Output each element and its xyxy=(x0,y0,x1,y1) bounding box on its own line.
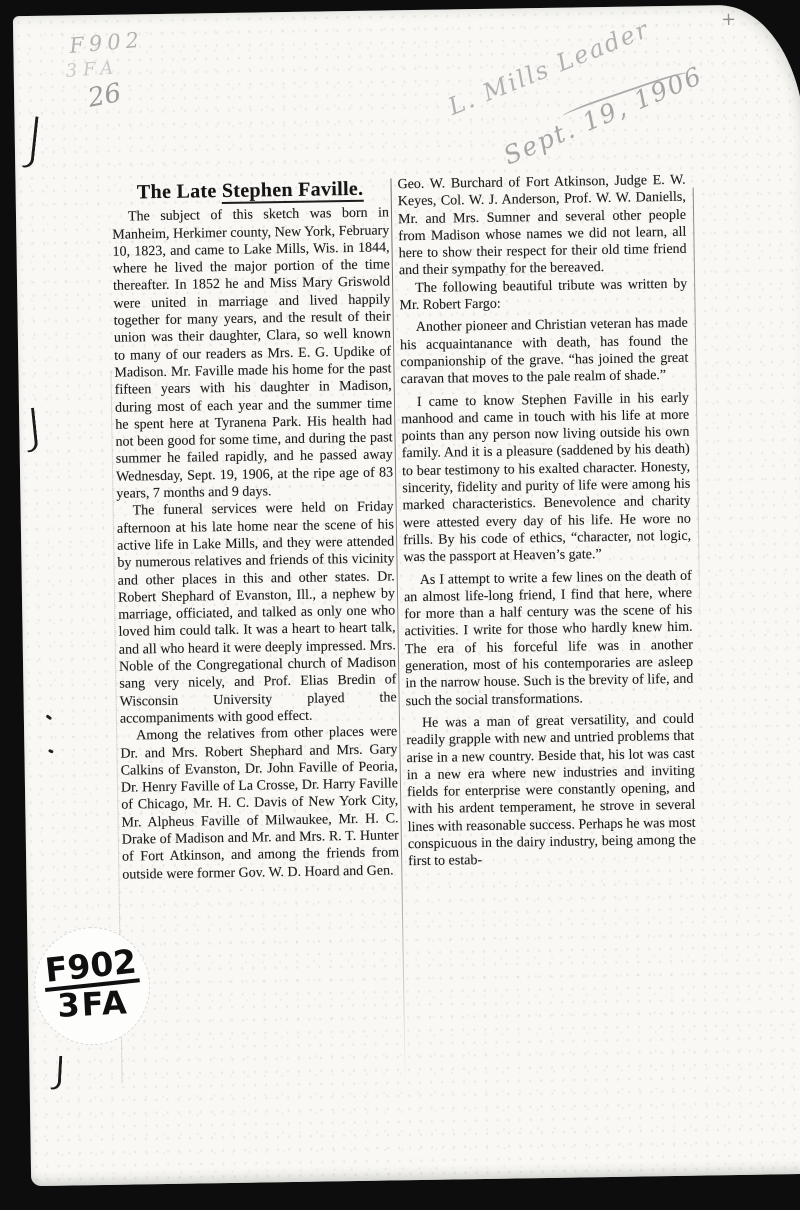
headline-prefix: The Late xyxy=(137,180,222,203)
paragraph: The subject of this sketch was born in M… xyxy=(112,205,394,503)
paragraph: The funeral services were held on Friday… xyxy=(117,499,397,728)
ink-dot-mark xyxy=(48,749,54,754)
paragraph: Geo. W. Burchard of Fort Atkinson, Judge… xyxy=(397,172,687,280)
article-right-column: Geo. W. Burchard of Fort Atkinson, Judge… xyxy=(397,172,696,871)
ink-margin-mark xyxy=(22,116,38,169)
right-column-edge-rule xyxy=(693,188,701,628)
pencil-code-line3: 26 xyxy=(86,78,124,114)
ink-dot-mark xyxy=(46,714,53,720)
paragraph: The following beautiful tribute was writ… xyxy=(399,276,688,315)
paragraph: Among the relatives from other places we… xyxy=(120,724,399,884)
headline-underlined-name: Stephen Faville. xyxy=(222,178,364,204)
newspaper-page: F902 3FA 26 L. Mills Leader Sept. 19, 19… xyxy=(13,4,800,1186)
paragraph: Another pioneer and Christian veteran ha… xyxy=(400,315,689,389)
archive-label-sticker: F902 3FA xyxy=(31,924,153,1048)
article-left-column: The Late Stephen Faville. The subject of… xyxy=(112,180,400,883)
ink-margin-mark xyxy=(23,408,38,453)
scanned-document: F902 3FA 26 L. Mills Leader Sept. 19, 19… xyxy=(0,0,800,1210)
paragraph: I came to know Stephen Faville in his ea… xyxy=(401,389,692,566)
article-headline: The Late Stephen Faville. xyxy=(112,180,389,202)
ink-margin-mark xyxy=(51,1055,63,1089)
pencil-code-line1: F902 xyxy=(68,28,144,58)
pencil-plus-mark: + xyxy=(721,9,736,30)
paragraph: As I attempt to write a few lines on the… xyxy=(404,567,694,710)
sticker-code-line2: 3FA xyxy=(57,986,130,1025)
paragraph: He was a man of great versatility, and c… xyxy=(406,711,696,871)
